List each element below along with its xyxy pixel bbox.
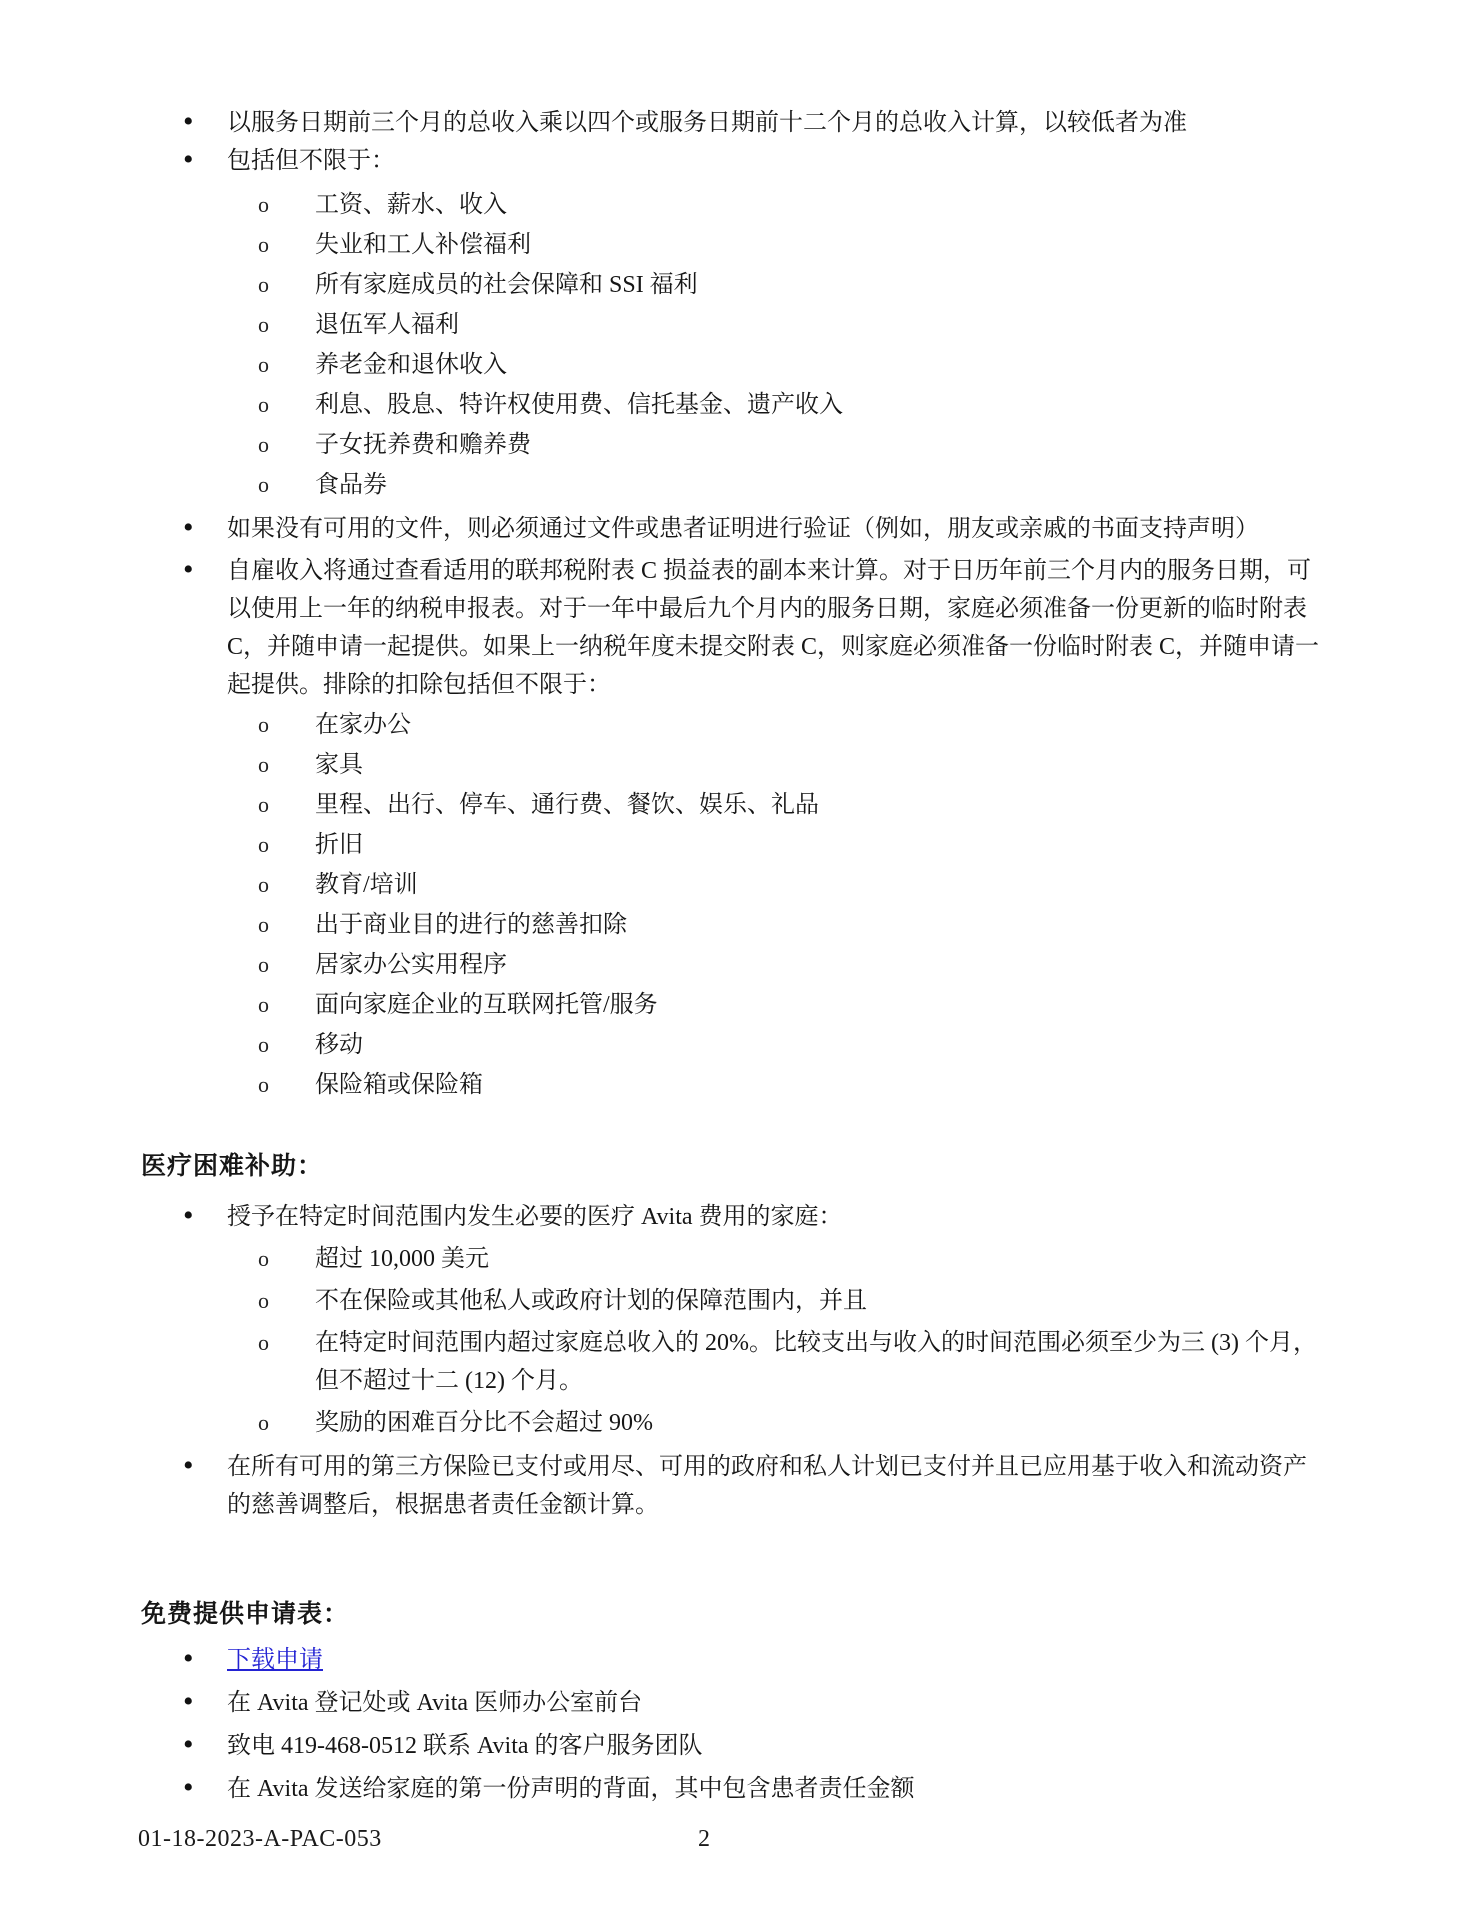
list-item: 在家办公 — [0, 706, 1330, 744]
list-item: 退伍军人福利 — [0, 306, 1330, 344]
list-item: 移动 — [0, 1026, 1330, 1064]
list-item: 超过 10,000 美元 — [0, 1240, 1330, 1278]
bullet-self-employment: 自雇收入将通过查看适用的联邦税附表 C 损益表的副本来计算。对于日历年前三个月内… — [0, 552, 1330, 704]
bullet-call-customer-service: 致电 419-468-0512 联系 Avita 的客户服务团队 — [0, 1727, 1330, 1765]
list-item: 居家办公实用程序 — [0, 946, 1330, 984]
list-item: 在特定时间范围内超过家庭总收入的 20%。比较支出与收入的时间范围必须至少为三 … — [0, 1324, 1330, 1400]
hardship-criteria-list: 超过 10,000 美元 不在保险或其他私人或政府计划的保障范围内，并且 在特定… — [0, 1240, 1330, 1442]
income-types-list: 工资、薪水、收入 失业和工人补偿福利 所有家庭成员的社会保障和 SSI 福利 退… — [0, 186, 1330, 504]
list-item: 不在保险或其他私人或政府计划的保障范围内，并且 — [0, 1282, 1330, 1320]
section-heading-medical-hardship: 医疗困难补助： — [0, 1148, 1330, 1186]
bullet-download-application: 下载申请 — [0, 1641, 1330, 1679]
document-body: 以服务日期前三个月的总收入乘以四个或服务日期前十二个月的总收入计算，以较低者为准… — [0, 104, 1330, 1808]
list-item: 食品券 — [0, 466, 1330, 504]
excluded-deductions-list: 在家办公 家具 里程、出行、停车、通行费、餐饮、娱乐、礼品 折旧 教育/培训 出… — [0, 706, 1330, 1104]
list-item: 面向家庭企业的互联网托管/服务 — [0, 986, 1330, 1024]
download-application-link[interactable]: 下载申请 — [227, 1647, 323, 1673]
section-heading-free-application: 免费提供申请表： — [0, 1596, 1330, 1634]
bullet-hardship-grant: 授予在特定时间范围内发生必要的医疗 Avita 费用的家庭： — [0, 1198, 1330, 1236]
list-item: 工资、薪水、收入 — [0, 186, 1330, 224]
list-item: 利息、股息、特许权使用费、信托基金、遗产收入 — [0, 386, 1330, 424]
list-item: 奖励的困难百分比不会超过 90% — [0, 1404, 1330, 1442]
list-item: 保险箱或保险箱 — [0, 1066, 1330, 1104]
document-id: 01-18-2023-A-PAC-053 — [138, 1820, 382, 1858]
bullet-includes-not-limited: 包括但不限于： — [0, 142, 1330, 180]
bullet-verification: 如果没有可用的文件，则必须通过文件或患者证明进行验证（例如，朋友或亲戚的书面支持… — [0, 510, 1330, 548]
bullet-hardship-calculation: 在所有可用的第三方保险已支付或用尽、可用的政府和私人计划已支付并且已应用基于收入… — [0, 1448, 1330, 1524]
list-item: 家具 — [0, 746, 1330, 784]
bullet-income-calculation: 以服务日期前三个月的总收入乘以四个或服务日期前十二个月的总收入计算，以较低者为准 — [0, 104, 1330, 142]
list-item: 出于商业目的进行的慈善扣除 — [0, 906, 1330, 944]
list-item: 教育/培训 — [0, 866, 1330, 904]
page-number: 2 — [698, 1820, 710, 1858]
bullet-registration-desk: 在 Avita 登记处或 Avita 医师办公室前台 — [0, 1684, 1330, 1722]
list-item: 折旧 — [0, 826, 1330, 864]
list-item: 失业和工人补偿福利 — [0, 226, 1330, 264]
list-item: 里程、出行、停车、通行费、餐饮、娱乐、礼品 — [0, 786, 1330, 824]
list-item: 养老金和退休收入 — [0, 346, 1330, 384]
list-item: 子女抚养费和赡养费 — [0, 426, 1330, 464]
list-item: 所有家庭成员的社会保障和 SSI 福利 — [0, 266, 1330, 304]
application-availability-list: 下载申请 在 Avita 登记处或 Avita 医师办公室前台 致电 419-4… — [0, 1641, 1330, 1808]
bullet-statement-back: 在 Avita 发送给家庭的第一份声明的背面，其中包含患者责任金额 — [0, 1770, 1330, 1808]
